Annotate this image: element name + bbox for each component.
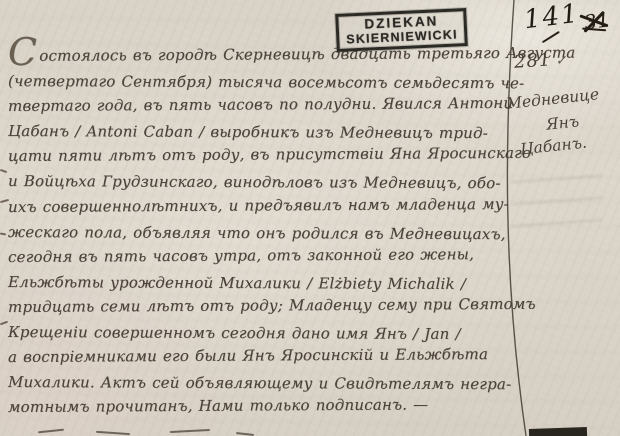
record-text-line: мотнымъ прочитанъ, Нами только подписанъ…	[8, 392, 508, 420]
record-text-line: тридцать семи лѣтъ отъ роду; Младенцу се…	[8, 292, 508, 320]
record-body-text: Состоялось въ городѣ Скерневицѣ двадцать…	[8, 44, 508, 420]
struck-out-number: 31	[582, 7, 611, 34]
ink-bleedthrough-smudge	[512, 170, 602, 230]
scanned-record-page: DZIEKAN SKIERNIEWICKI 141 31 281✓ Меднев…	[0, 0, 620, 436]
record-text-line: твертаго года, въ пять часовъ по полудни…	[8, 91, 508, 119]
record-text-line: цати пяти лѣтъ отъ роду, въ присутствіи …	[8, 141, 508, 169]
record-text-line: сегодня въ пять часовъ утра, отъ законно…	[8, 242, 508, 270]
dziekan-stamp: DZIEKAN SKIERNIEWICKI	[335, 8, 468, 52]
record-text-line: а воспріемниками его были Янъ Яросинскій…	[8, 342, 508, 370]
margin-given-name: Янъ	[545, 112, 580, 133]
record-text-line: ихъ совершеннолѣтнихъ, и предъявилъ намъ…	[8, 192, 508, 220]
bottom-stamp-fragment	[529, 427, 587, 436]
